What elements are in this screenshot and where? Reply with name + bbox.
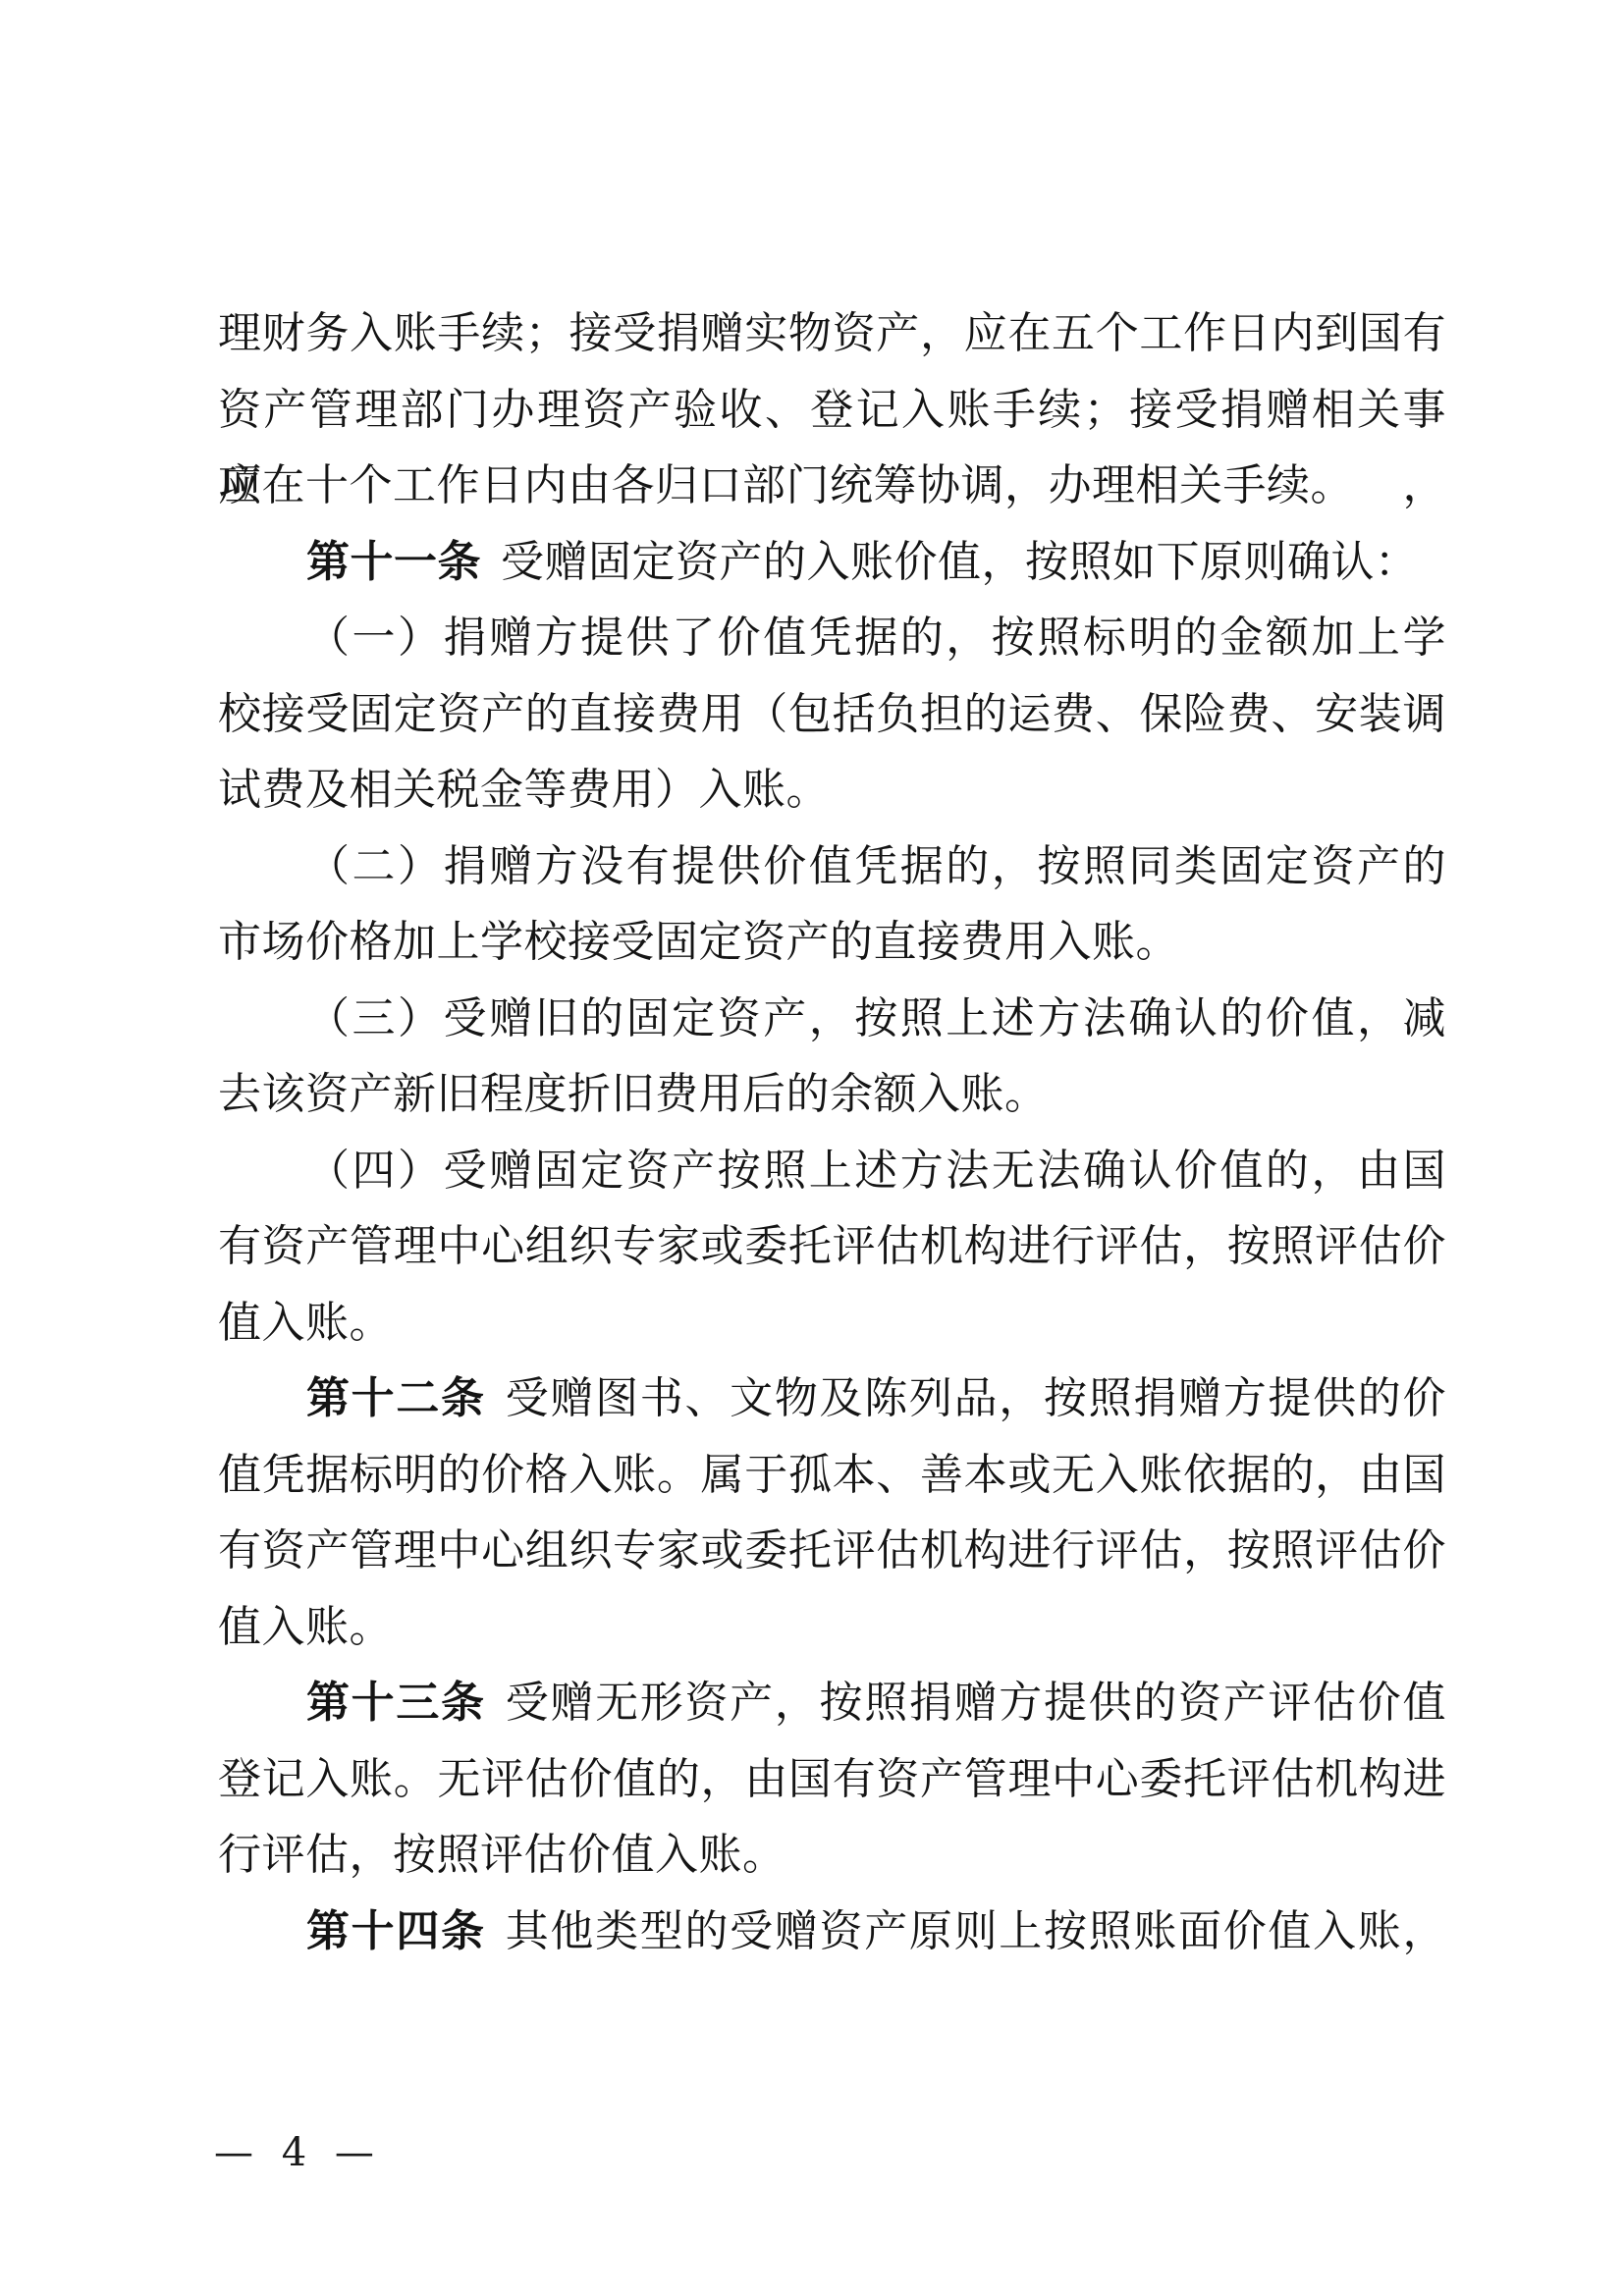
text-line: 第十四条其他类型的受赠资产原则上按照账面价值入账， [218, 1894, 1446, 1970]
text-line: 去该资产新旧程度折旧费用后的余额入账。 [218, 1056, 1446, 1133]
text-line: 市场价格加上学校接受固定资产的直接费用入账。 [218, 904, 1446, 981]
text-line: 资产管理部门办理资产验收、登记入账手续；接受捐赠相关事项， [218, 372, 1446, 449]
text-line: 第十三条受赠无形资产，按照捐赠方提供的资产评估价值 [218, 1665, 1446, 1741]
article-number: 第十二条 [306, 1373, 486, 1423]
line-text: 受赠无形资产，按照捐赠方提供的资产评估价值 [506, 1678, 1446, 1728]
text-line: 值凭据标明的价格入账。属于孤本、善本或无入账依据的，由国 [218, 1437, 1446, 1514]
text-line: 值入账。 [218, 1589, 1446, 1666]
article-number: 第十四条 [306, 1906, 486, 1956]
text-line: 有资产管理中心组织专家或委托评估机构进行评估，按照评估价 [218, 1513, 1446, 1589]
text-line: 登记入账。无评估价值的，由国有资产管理中心委托评估机构进 [218, 1741, 1446, 1818]
document-page: 理财务入账手续；接受捐赠实物资产，应在五个工作日内到国有 资产管理部门办理资产验… [0, 0, 1624, 2296]
text-line: （三）受赠旧的固定资产，按照上述方法确认的价值，减 [218, 981, 1446, 1057]
text-line: （二）捐赠方没有提供价值凭据的，按照同类固定资产的 [218, 828, 1446, 905]
text-line: 应在十个工作日内由各归口部门统筹协调，办理相关手续。 [218, 448, 1446, 524]
line-text: 受赠固定资产的入账价值，按照如下原则确认： [501, 537, 1419, 587]
text-line: 有资产管理中心组织专家或委托评估机构进行评估，按照评估价 [218, 1208, 1446, 1285]
page-number: — 4 — [214, 2128, 382, 2177]
document-body: 理财务入账手续；接受捐赠实物资产，应在五个工作日内到国有 资产管理部门办理资产验… [218, 295, 1446, 1969]
text-line: 第十一条受赠固定资产的入账价值，按照如下原则确认： [218, 524, 1446, 601]
text-line: 第十二条受赠图书、文物及陈列品，按照捐赠方提供的价 [218, 1361, 1446, 1437]
text-line: （一）捐赠方提供了价值凭据的，按照标明的金额加上学 [218, 600, 1446, 676]
text-line: 行评估，按照评估价值入账。 [218, 1817, 1446, 1894]
line-text: 其他类型的受赠资产原则上按照账面价值入账， [506, 1906, 1446, 1956]
text-line: 理财务入账手续；接受捐赠实物资产，应在五个工作日内到国有 [218, 295, 1446, 372]
text-line: 值入账。 [218, 1285, 1446, 1362]
article-number: 第十一条 [306, 537, 481, 587]
text-line: （四）受赠固定资产按照上述方法无法确认价值的，由国 [218, 1133, 1446, 1209]
article-number: 第十三条 [306, 1678, 486, 1728]
text-line: 试费及相关税金等费用）入账。 [218, 752, 1446, 828]
line-text: 受赠图书、文物及陈列品，按照捐赠方提供的价 [506, 1373, 1446, 1423]
text-line: 校接受固定资产的直接费用（包括负担的运费、保险费、安装调 [218, 676, 1446, 753]
